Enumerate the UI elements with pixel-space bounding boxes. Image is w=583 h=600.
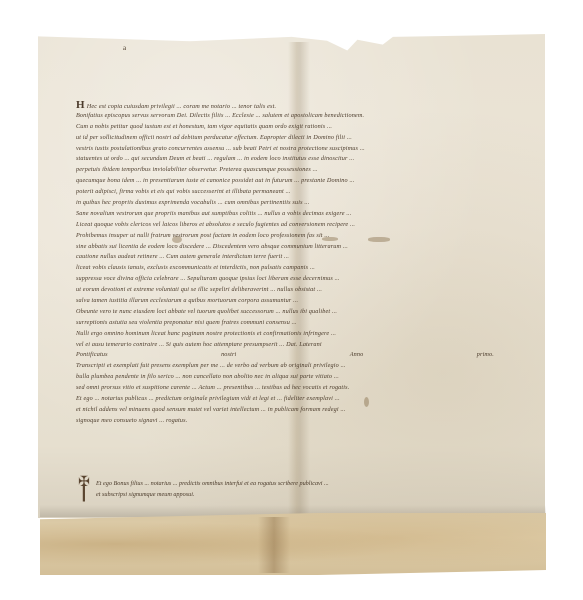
body-line: quecumque bona idem ... in presentiarum … [76,176,534,187]
body-line: Sane novalium vestrorum que propriis man… [76,209,534,220]
body-line: Liceat quoque vobis clericos vel laicos … [76,220,534,231]
body-line: ut id per sollicitudinem officii nostri … [76,133,534,144]
date-anno: Anno [350,350,364,361]
closing-line: signoque meo consueto signavi ... rogatu… [76,416,534,427]
body-line: surreptionis astutia seu violentia prepo… [76,318,534,329]
body-line: Cum a nobis petitur quod iustum est et h… [76,122,534,133]
notary-subscription: Et ego Bonus filius ... notarius ... pre… [70,478,530,500]
subscription-line: Et ego Bonus filius ... notarius ... pre… [96,478,530,489]
date-primo: primo. [477,350,494,361]
body-line: cautione nullus audeat retinere ... Cum … [76,252,534,263]
body-line: sine abbatis sui licentia de eodem loco … [76,242,534,253]
body-line: Bonifatius episcopus servus servorum Dei… [76,111,534,122]
plica-fold-crease [258,517,290,573]
body-line: Prohibemus insuper ut nulli fratrum vest… [76,231,534,242]
date-pontificatus: Pontificatus [76,350,108,361]
body-line: Nulli ergo omnino hominum liceat hanc pa… [76,329,534,340]
body-line: suppressa voce divina officia celebrare … [76,274,534,285]
top-mark: a [123,44,126,52]
body-line: vestris iustis postulationibus grato con… [76,144,534,155]
body-line: liceat vobis clausis ianuis, exclusis ex… [76,263,534,274]
plica-folded-edge [40,513,546,575]
body-line: perpetuis ibidem temporibus inviolabilit… [76,165,534,176]
body-line: HHec est copia cuiusdam privilegii ... c… [76,100,534,111]
body-line: vel ei ausu temerario contraire ... Si q… [76,340,534,351]
body-line: poterit adipisci, firma vobis et eis qui… [76,187,534,198]
body-line: Obeunte vero te nunc eiusdem loci abbate… [76,307,534,318]
body-line: in quibus hec propriis duximus exprimend… [76,198,534,209]
body-line: salva tamen iustitia illarum ecclesiarum… [76,296,534,307]
closing-line: sed omni prorsus vitio et suspitione car… [76,383,534,394]
body-line: ut eorum devotioni et extreme voluntati … [76,285,534,296]
closing-line: et nichil addens vel minuens quod sensum… [76,405,534,416]
body-line: statuentes ut ordo ... qui secundum Deum… [76,154,534,165]
closing-line: Transcripti et exemplati fuit presens ex… [76,361,534,372]
closing-line: Et ego ... notarius publicus ... predict… [76,394,534,405]
closing-line: bulla plumbea pendente in filo serico ..… [76,372,534,383]
charter-body-text: HHec est copia cuiusdam privilegii ... c… [76,100,534,427]
initial-letter: H [76,100,85,111]
subscription-line: et subscripsi signumque meum apposui. [96,489,530,500]
date-nostri: nostri [221,350,236,361]
date-line: Pontificatus nostri Anno primo. [76,350,534,361]
